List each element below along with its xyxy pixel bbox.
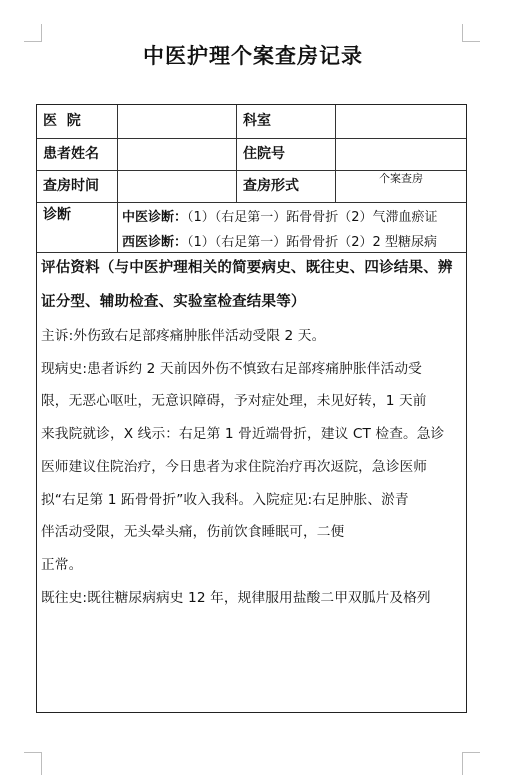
past-history-line: 既往史:既往糖尿病病史 12 年，规律服用盐酸二甲双胍片及格列 [41, 582, 462, 615]
western-diagnosis-label: 西医诊断： [122, 235, 187, 250]
department-label: 科室 [237, 105, 336, 138]
present-illness-line: 限，无恶心呕吐，无意识障碍，予对症处理，未见好转，1 天前 [41, 385, 462, 418]
assessment-section: 评估资料（与中医护理相关的简要病史、既往史、四诊结果、辨 证分型、辅助检查、实验… [37, 252, 466, 712]
present-illness-line: 正常。 [41, 549, 462, 582]
present-illness-line: 伴活动受限，无头晕头痛，伤前饮食睡眠可，二便 [41, 516, 462, 549]
table-row-patient: 患者姓名 住院号 [37, 138, 466, 171]
patient-name-value[interactable] [118, 138, 237, 170]
tcm-diagnosis-label: 中医诊断： [122, 210, 187, 225]
page-corner-mark-bottom-right [462, 752, 480, 775]
present-illness-line: 现病史:患者诉约 2 天前因外伤不慎致右足部疼痛肿胀伴活动受 [41, 353, 462, 386]
chief-complaint: 主诉:外伤致右足部疼痛肿胀伴活动受限 2 天。 [41, 320, 462, 353]
admission-number-label: 住院号 [237, 138, 336, 170]
present-illness-line: 来我院就诊，X 线示：右足第 1 骨近端骨折，建议 CT 检查。急诊 [41, 418, 462, 451]
hospital-label: 医 院 [37, 105, 118, 138]
hospital-value[interactable] [118, 105, 237, 138]
assessment-heading-line-2: 证分型、辅助检查、实验室检查结果等） [41, 284, 462, 320]
round-time-label: 查房时间 [37, 170, 118, 202]
assessment-heading-line-1: 评估资料（与中医护理相关的简要病史、既往史、四诊结果、辨 [41, 250, 462, 286]
page-corner-mark-bottom-left [24, 752, 42, 775]
western-diagnosis-text: （1）（右足第一）跖骨骨折（2）2 型糖尿病 [187, 235, 437, 250]
case-record-table: 医 院 科室 患者姓名 住院号 查房时间 查房形式 个案查房 诊断 中医诊断：（… [36, 104, 467, 713]
round-time-value[interactable] [118, 170, 237, 202]
table-row-diagnosis: 诊断 中医诊断：（1）（右足第一）跖骨骨折（2）气滞血瘀证 西医诊断：（1）（右… [37, 202, 466, 253]
present-illness-line: 医师建议住院治疗，今日患者为求住院治疗再次返院，急诊医师 [41, 451, 462, 484]
tcm-diagnosis-text: （1）（右足第一）跖骨骨折（2）气滞血瘀证 [187, 210, 438, 225]
diagnosis-content: 中医诊断：（1）（右足第一）跖骨骨折（2）气滞血瘀证 西医诊断：（1）（右足第一… [118, 202, 466, 252]
diagnosis-label: 诊断 [37, 202, 118, 252]
admission-number-value[interactable] [336, 138, 466, 170]
table-row-round: 查房时间 查房形式 个案查房 [37, 170, 466, 203]
round-type-label: 查房形式 [237, 170, 336, 202]
tcm-diagnosis: 中医诊断：（1）（右足第一）跖骨骨折（2）气滞血瘀证 [118, 210, 438, 226]
round-type-value[interactable]: 个案查房 [336, 170, 466, 202]
present-illness-line: 拟“右足第 1 跖骨骨折”收入我科。入院症见:右足肿胀、淤青 [41, 484, 462, 517]
western-diagnosis: 西医诊断：（1）（右足第一）跖骨骨折（2）2 型糖尿病 [118, 235, 437, 251]
table-row-hospital: 医 院 科室 [37, 105, 466, 139]
document-title: 中医护理个案查房记录 [0, 40, 506, 70]
patient-name-label: 患者姓名 [37, 138, 118, 170]
department-value[interactable] [336, 105, 466, 138]
